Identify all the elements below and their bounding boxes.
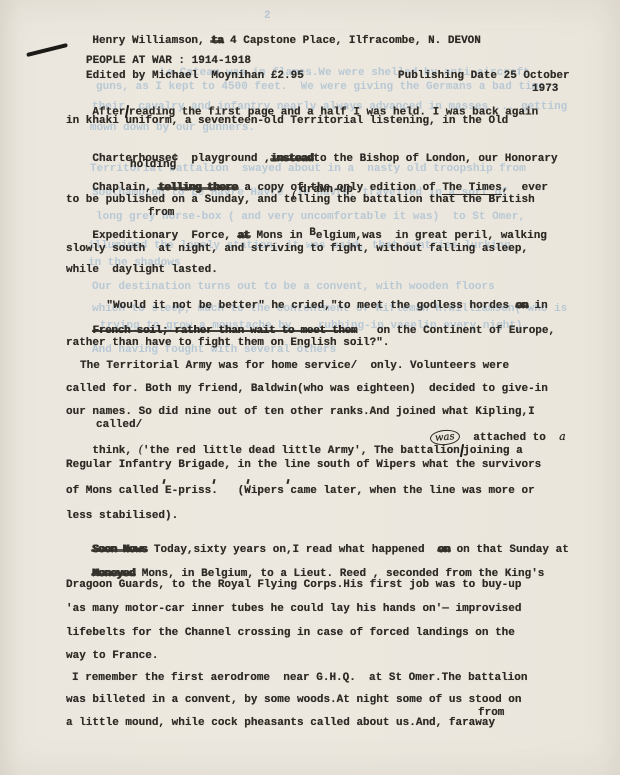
body-line: to be published on a Sunday, and telling… (66, 194, 535, 207)
body-line: less stabilised). (66, 510, 178, 523)
struck-text: telling there (158, 182, 237, 194)
body-line: called for. Both my friend, Baldwin(who … (66, 383, 548, 396)
hand-letter-a: a (559, 430, 566, 443)
body-text: on the Continent of Europe, (357, 325, 555, 337)
editor-price: Edited by Michael Moynihan £2.95 (86, 70, 304, 83)
body-text: Chaplain, (92, 182, 158, 194)
body-text: elgium,was in great peril, walking (316, 230, 547, 242)
typescript-page: 2 Le Cateau was in flames.We were shelle… (0, 0, 620, 775)
body-line: in khaki uniform, a seventeen-old Territ… (66, 115, 508, 128)
body-text: think, (92, 445, 138, 457)
body-text: to the Bishop of London, our Honorary (313, 153, 557, 165)
pen-dash-mark (26, 43, 68, 57)
body-text: , ever (502, 182, 548, 194)
body-line: of Mons called E-priss. (Wipers came lat… (66, 485, 535, 498)
body-line: was billeted in a convent, by some woods… (66, 694, 521, 707)
body-line: I remember the first aerodrome near G.H.… (72, 672, 527, 685)
struck-text: ta (211, 35, 223, 47)
book-title: PEOPLE AT WAR : 1914-1918 (86, 55, 251, 68)
body-text: in (528, 300, 548, 312)
body-text: Expeditionary Force, (92, 230, 237, 242)
body-text: joining a (463, 445, 522, 457)
address-post: 4 Capstone Place, Ilfracombe, N. DEVON (223, 35, 480, 47)
struck-phrase: French soil; rather than wait to meet th… (92, 325, 357, 337)
body-text: Mons in (250, 230, 309, 242)
body-text: 'the red little dead little Army', The b… (143, 445, 460, 457)
hand-quote-tick (162, 479, 165, 484)
struck-text: on (516, 300, 528, 312)
body-line: Regular Infantry Brigade, in the line so… (66, 459, 541, 472)
hand-quote-tick (212, 479, 215, 484)
hand-quote-tick (246, 479, 249, 484)
address-pre: Henry Williamson, (92, 35, 211, 47)
body-line: while daylight lasted. (66, 264, 218, 277)
publishing-date: Publishing Date 25 October (398, 70, 570, 83)
body-line: way to France. (66, 650, 158, 663)
raised-letter: B (309, 227, 316, 239)
body-line: slowly south at night, and striving to f… (66, 243, 528, 256)
body-line: lifebelts for the Channel crossing in ca… (66, 627, 515, 640)
body-line: rather than have to fight them on Englis… (66, 337, 389, 350)
body-text: Charterhouse¢ playground , (92, 153, 270, 165)
body-line: The Territorial Army was for home servic… (80, 360, 509, 373)
body-text: "Would it not be better" he cried,"to me… (106, 300, 515, 312)
body-line: Dragoon Guards, to the Royal Flying Corp… (66, 579, 521, 592)
hand-quote-tick (286, 479, 289, 484)
struck-text: at (238, 230, 250, 242)
body-line: 'as many motor-car inner tubes he could … (66, 603, 521, 616)
struck-text: instead (271, 153, 314, 165)
body-line: a little mound, while cock pheasants cal… (66, 717, 495, 730)
